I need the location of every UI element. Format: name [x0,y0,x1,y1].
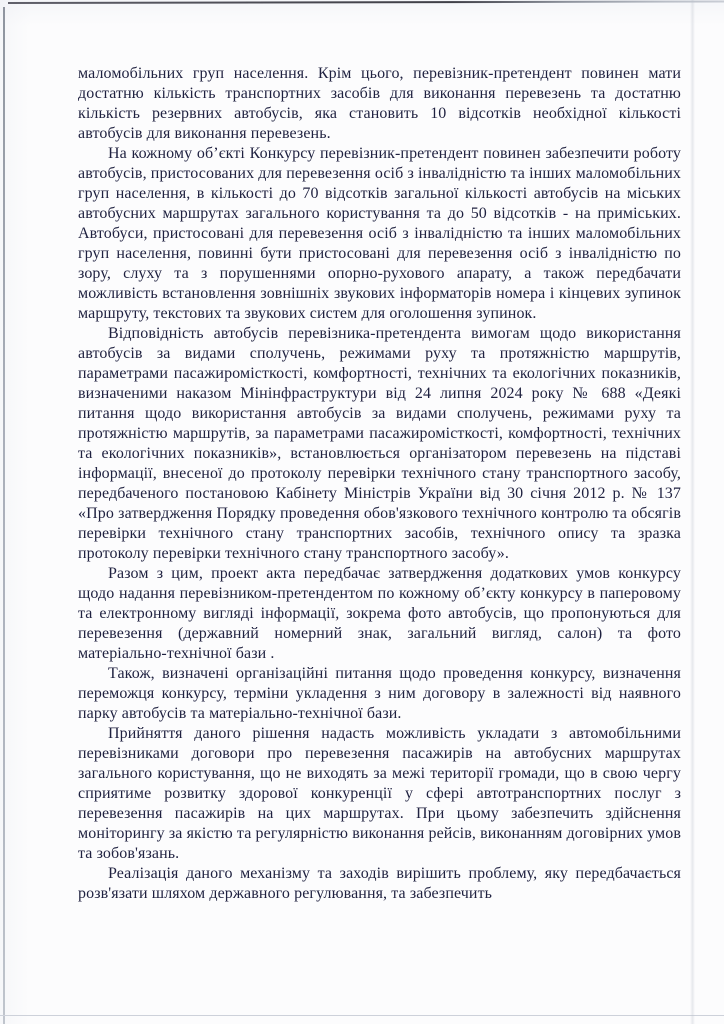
paragraph-continuation: маломобільних груп населення. Крім цього… [78,64,681,144]
paragraph: Також, визначені організаційні питання щ… [78,664,681,724]
paragraph: Реалізація даного механізму та заходів в… [78,864,681,904]
scan-edge-top [8,1,724,4]
paragraph: Відповідність автобусів перевізника-прет… [78,324,681,564]
paragraph: Прийняття даного рішення надасть можливі… [78,724,681,864]
scan-edge-bottom [0,1015,724,1016]
scanned-document-page: маломобільних груп населення. Крім цього… [0,0,724,1024]
paragraph: Разом з цим, проект акта передбачає затв… [78,564,681,664]
scan-edge-left [3,7,5,1024]
scan-streak [690,0,695,1024]
paragraph: На кожному об’єкті Конкурсу перевізник-п… [78,144,681,324]
document-body: маломобільних груп населення. Крім цього… [78,64,681,904]
